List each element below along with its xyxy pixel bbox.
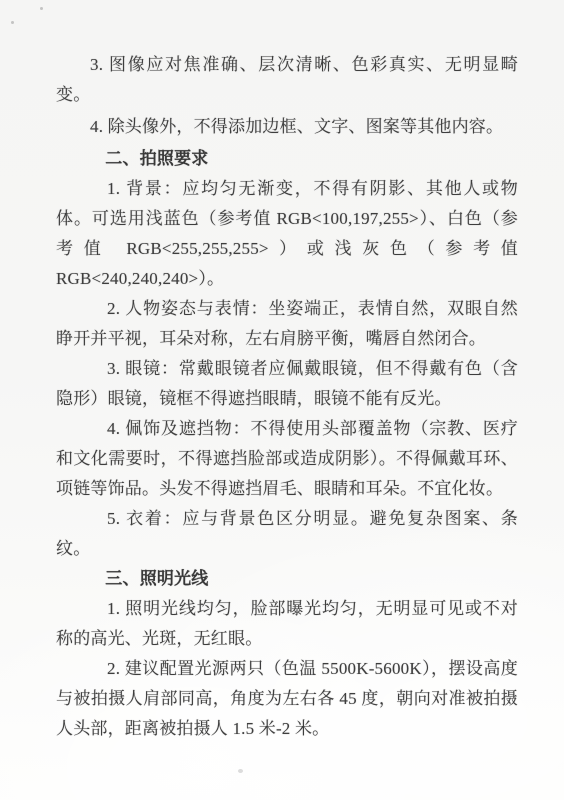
section-heading: 二、拍照要求 [56, 144, 518, 174]
list-item-paragraph: 4. 除头像外，不得添加边框、文字、图案等其他内容。 [56, 112, 518, 142]
scan-speckle [11, 21, 14, 24]
scanned-page: 3. 图像应对焦准确、层次清晰、色彩真实、无明显畸变。4. 除头像外，不得添加边… [0, 0, 564, 800]
scan-speckle [40, 7, 43, 10]
scan-speckle [238, 769, 243, 773]
section-heading: 三、照明光线 [56, 564, 518, 594]
list-item-paragraph: 2. 建议配置光源两只（色温 5500K-5600K），摆设高度与被拍摄人肩部同… [56, 654, 518, 744]
document-text-block: 3. 图像应对焦准确、层次清晰、色彩真实、无明显畸变。4. 除头像外，不得添加边… [56, 48, 518, 744]
list-item-paragraph: 4. 佩饰及遮挡物：不得使用头部覆盖物（宗教、医疗和文化需要时，不得遮挡脸部或造… [56, 414, 518, 504]
list-item-paragraph: 1. 照明光线均匀，脸部曝光均匀，无明显可见或不对称的高光、光斑，无红眼。 [56, 594, 518, 654]
list-item-paragraph: 1. 背景：应均匀无渐变，不得有阴影、其他人或物体。可选用浅蓝色（参考值 RGB… [56, 174, 518, 294]
list-item-paragraph: 3. 眼镜：常戴眼镜者应佩戴眼镜，但不得戴有色（含隐形）眼镜，镜框不得遮挡眼睛，… [56, 354, 518, 414]
list-item-paragraph: 5. 衣着：应与背景色区分明显。避免复杂图案、条纹。 [56, 504, 518, 564]
list-item-paragraph: 3. 图像应对焦准确、层次清晰、色彩真实、无明显畸变。 [56, 50, 518, 110]
list-item-paragraph: 2. 人物姿态与表情：坐姿端正，表情自然，双眼自然睁开并平视，耳朵对称，左右肩膀… [56, 294, 518, 354]
